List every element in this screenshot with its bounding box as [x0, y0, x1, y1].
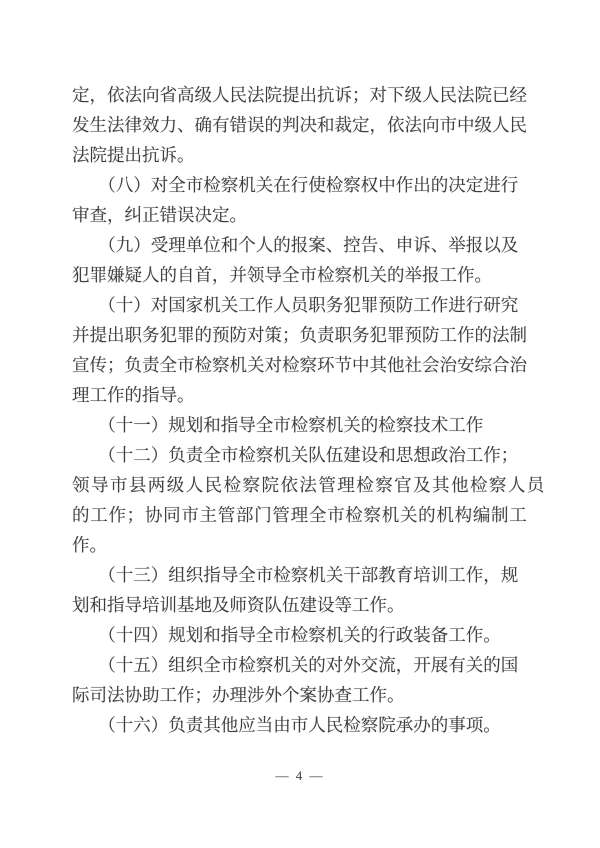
text-line: 犯罪嫌疑人的自首，并领导全市检察机关的举报工作。: [72, 260, 530, 290]
text-line: 法院提出抗诉。: [72, 140, 530, 170]
text-line: 审查，纠正错误决定。: [72, 200, 530, 230]
page-number-footer: — 4 —: [0, 766, 600, 786]
text-line: （十一）规划和指导全市检察机关的检察技术工作: [72, 410, 530, 440]
text-line: 宣传；负责全市检察机关对检察环节中其他社会治安综合治: [72, 350, 530, 380]
text-line: （十）对国家机关工作人员职务犯罪预防工作进行研究: [72, 290, 530, 320]
text-line: 定，依法向省高级人民法院提出抗诉；对下级人民法院已经: [72, 80, 530, 110]
text-line: 领导市县两级人民检察院依法管理检察官及其他检察人员: [72, 470, 530, 500]
text-line: （十二）负责全市检察机关队伍建设和思想政治工作；: [72, 440, 530, 470]
text-line: 划和指导培训基地及师资队伍建设等工作。: [72, 590, 530, 620]
text-line: （十三）组织指导全市检察机关干部教育培训工作，规: [72, 560, 530, 590]
text-line: 理工作的指导。: [72, 380, 530, 410]
text-line: 作。: [72, 530, 530, 560]
text-line: （十四）规划和指导全市检察机关的行政装备工作。: [72, 620, 530, 650]
document-page: 定，依法向省高级人民法院提出抗诉；对下级人民法院已经 发生法律效力、确有错误的判…: [0, 0, 600, 848]
text-line: 并提出职务犯罪的预防对策；负责职务犯罪预防工作的法制: [72, 320, 530, 350]
text-line: 发生法律效力、确有错误的判决和裁定，依法向市中级人民: [72, 110, 530, 140]
text-line: （九）受理单位和个人的报案、控告、申诉、举报以及: [72, 230, 530, 260]
text-line: 际司法协助工作；办理涉外个案协查工作。: [72, 680, 530, 710]
text-line: （十五）组织全市检察机关的对外交流，开展有关的国: [72, 650, 530, 680]
text-line: （八）对全市检察机关在行使检察权中作出的决定进行: [72, 170, 530, 200]
text-line: 的工作；协同市主管部门管理全市检察机关的机构编制工: [72, 500, 530, 530]
document-body: 定，依法向省高级人民法院提出抗诉；对下级人民法院已经 发生法律效力、确有错误的判…: [72, 80, 530, 740]
text-line: （十六）负责其他应当由市人民检察院承办的事项。: [72, 710, 530, 740]
